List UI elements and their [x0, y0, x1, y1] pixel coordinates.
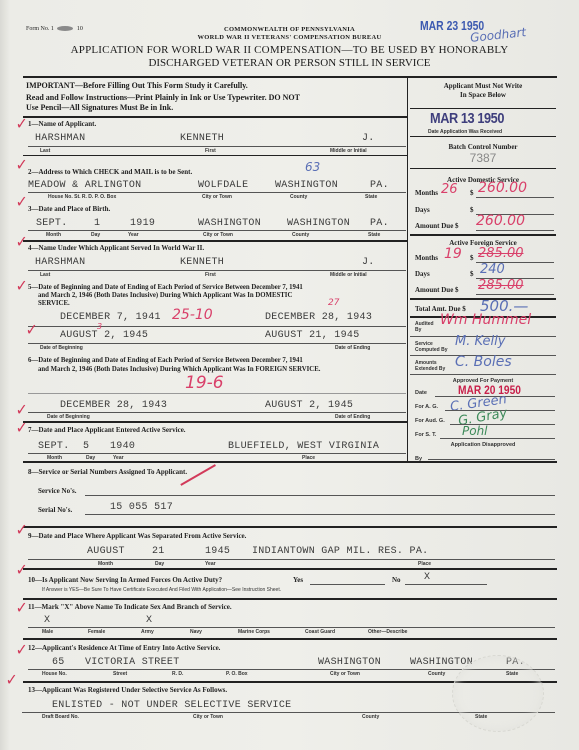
- q12-sub-county: County: [428, 671, 445, 677]
- title-line-2: DISCHARGED VETERAN OR PERSON STILL IN SE…: [0, 57, 579, 69]
- q7-day: 5: [83, 441, 89, 452]
- q9-label: 9—Date and Place Where Applicant Was Sep…: [28, 532, 246, 540]
- line: [28, 270, 406, 271]
- line: [28, 559, 555, 560]
- audited-label: Audited By: [415, 321, 435, 333]
- q1-middle-initial: J.: [362, 133, 375, 144]
- date-label: Date: [415, 390, 427, 396]
- q2-street: MEADOW & ARLINGTON: [28, 180, 141, 191]
- q3-sub-year: Year: [128, 232, 139, 238]
- line: [85, 495, 555, 496]
- q9-month: AUGUST: [87, 546, 125, 557]
- q13-sub-draft-board: Draft Board No.: [42, 714, 79, 720]
- q9-sub-day: Day: [155, 561, 164, 567]
- line: [28, 230, 406, 231]
- q5-label-line-1: 5—Date of Beginning and Date of Ending o…: [28, 284, 303, 291]
- computed-signature: M. Kelly: [455, 334, 505, 349]
- q11-male-mark: X: [44, 615, 50, 626]
- received-stamp: MAR 13 1950: [430, 110, 504, 127]
- disapproved-title: Application Disapproved: [408, 442, 558, 448]
- q2-county: WASHINGTON: [275, 180, 338, 191]
- q9-day: 21: [152, 546, 165, 557]
- rule: [23, 155, 407, 156]
- q10-label: 10—Is Applicant Now Serving In Armed For…: [28, 576, 222, 584]
- q1-first-name: KENNETH: [180, 133, 224, 144]
- q3-city: WASHINGTON: [198, 218, 261, 229]
- q5-sub-end: Date of Ending: [335, 345, 370, 351]
- q3-sub-month: Month: [46, 232, 61, 238]
- q2-label: 2—Address to Which CHECK and MAIL is to …: [28, 168, 192, 176]
- q8-serial-label: Serial No's.: [38, 506, 72, 514]
- line: [28, 627, 555, 628]
- q3-year: 1919: [130, 218, 155, 229]
- q2-annotation: 63: [305, 160, 320, 174]
- foreign-months-label: Months: [415, 254, 438, 262]
- q3-day: 1: [94, 218, 100, 229]
- q2-sub-county: County: [290, 194, 307, 200]
- checkmark-icon: ✓: [6, 670, 18, 689]
- checkmark-icon: ✓: [16, 598, 28, 617]
- title-line-1: APPLICATION FOR WORLD WAR II COMPENSATIO…: [0, 44, 579, 56]
- rule: [23, 240, 407, 242]
- instructions-line-3: Use Pencil—All Signatures Must Be in Ink…: [26, 103, 173, 112]
- checkmark-icon: ✓: [16, 520, 28, 539]
- line: [28, 343, 406, 344]
- q12-city: WASHINGTON: [318, 657, 381, 668]
- q13-label: 13—Applicant Was Registered Under Select…: [28, 686, 227, 694]
- foreign-months-amount: 285.00: [478, 246, 524, 261]
- line: [476, 197, 554, 198]
- line: [440, 438, 555, 439]
- q6-sub-begin: Date of Beginning: [47, 414, 90, 420]
- q6-begin: DECEMBER 28, 1943: [60, 400, 167, 411]
- q3-sub-city: City or Town: [203, 232, 233, 238]
- q4-sub-first: First: [205, 272, 216, 278]
- top-rule: [23, 76, 557, 78]
- q3-sub-state: State: [368, 232, 380, 238]
- q2-sub-state: State: [365, 194, 377, 200]
- q2-sub-street: House No. St. R. D. P. O. Box: [48, 194, 116, 200]
- foreign-months-value: 19: [444, 246, 462, 262]
- q10-yes-label: Yes: [293, 576, 303, 584]
- rule: [410, 234, 556, 236]
- q5-period-1-begin: DECEMBER 7, 1941: [60, 312, 161, 323]
- foreign-days-label: Days: [415, 270, 430, 278]
- q4-label: 4—Name Under Which Applicant Served In W…: [28, 244, 204, 252]
- st-label: For S. T.: [415, 432, 436, 438]
- domestic-days-label: Days: [415, 206, 430, 214]
- checkmark-icon: ✓: [26, 320, 38, 339]
- q8-label: 8—Service or Serial Numbers Assigned To …: [28, 468, 187, 476]
- q11-option-coast-guard: Coast Guard: [305, 629, 335, 635]
- q3-sub-day: Day: [91, 232, 100, 238]
- audg-label: For Aud. G.: [415, 418, 445, 424]
- q11-label: 11—Mark "X" Above Name To Indicate Sex A…: [28, 603, 232, 611]
- checkmark-icon: ✓: [16, 232, 28, 251]
- q12-sub-city: City or Town: [330, 671, 360, 677]
- q1-label: 1—Name of Applicant.: [28, 120, 96, 128]
- rule: [410, 168, 556, 169]
- office-header-line-2: In Space Below: [408, 91, 558, 99]
- q11-option-marine-corps: Marine Corps: [238, 629, 270, 635]
- q13-sub-county: County: [362, 714, 379, 720]
- q7-month: SEPT.: [38, 441, 70, 452]
- rule: [23, 461, 557, 463]
- rule: [23, 568, 557, 570]
- q2-city: WOLFDALE: [198, 180, 248, 191]
- q2-sub-city: City or Town: [202, 194, 232, 200]
- q9-place: INDIANTOWN GAP MIL. RES. PA.: [252, 546, 428, 557]
- q5-period-2-begin: AUGUST 2, 1945: [60, 330, 148, 341]
- q3-sub-county: County: [292, 232, 309, 238]
- q4-first-name: KENNETH: [180, 257, 224, 268]
- q3-state: PA.: [370, 218, 389, 229]
- q5-begin-correction: 3: [97, 322, 102, 331]
- q5-period-2-end: AUGUST 21, 1945: [265, 330, 360, 341]
- q10-no-label: No: [392, 576, 401, 584]
- checkmark-icon: ✓: [16, 192, 28, 211]
- audited-signature: Wm Hummel: [440, 312, 531, 328]
- instructions-line-1: IMPORTANT—Before Filling Out This Form S…: [26, 81, 248, 90]
- line: [476, 294, 554, 295]
- q10-no-value: X: [424, 572, 430, 583]
- q11-option-other: Other—Describe: [368, 629, 407, 635]
- q13-value: ENLISTED - NOT UNDER SELECTIVE SERVICE: [52, 700, 291, 711]
- q3-month: SEPT.: [36, 218, 68, 229]
- q7-label: 7—Date and Place Applicant Entered Activ…: [28, 426, 186, 434]
- q12-sub-street: Street: [113, 671, 127, 677]
- q5-period-1-end: DECEMBER 28, 1943: [265, 312, 372, 323]
- q6-annotation: 19-6: [185, 373, 224, 393]
- domestic-amount-label: Amount Due $: [415, 222, 459, 230]
- line: [28, 146, 406, 147]
- line: [310, 584, 385, 585]
- by-label: By: [415, 456, 422, 462]
- batch-label: Batch Control Number: [408, 143, 558, 151]
- q6-label-line-1: 6—Date of Beginning and Date of Ending o…: [28, 357, 303, 364]
- extended-label: Amounts Extended By: [415, 360, 455, 372]
- office-header-line-1: Applicant Must Not Write: [408, 82, 558, 90]
- q6-sub-end: Date of Ending: [335, 414, 370, 420]
- q7-year: 1940: [110, 441, 135, 452]
- checkmark-icon: ✓: [16, 640, 28, 659]
- q4-sub-middle: Middle or Initial: [330, 272, 367, 278]
- q12-sub-house: House No.: [42, 671, 67, 677]
- line: [28, 192, 406, 193]
- q9-year: 1945: [205, 546, 230, 557]
- rule: [23, 116, 407, 118]
- line: [410, 374, 556, 375]
- q11-option-navy: Navy: [190, 629, 202, 635]
- q4-last-name: HARSHMAN: [35, 257, 85, 268]
- st-signature: Pohl: [462, 424, 488, 438]
- q2-state: PA.: [370, 180, 389, 191]
- foreign-days-amount: 240: [480, 262, 505, 277]
- rule: [23, 598, 557, 600]
- q11-option-army: Army: [141, 629, 154, 635]
- line: [28, 412, 406, 413]
- foreign-amount-value: 285.00: [478, 278, 524, 293]
- line: [476, 230, 554, 231]
- q1-sub-first: First: [205, 148, 216, 154]
- checkmark-icon: ✓: [16, 400, 28, 419]
- domestic-months-amount: 260.00: [478, 180, 527, 196]
- column-divider: [407, 76, 408, 461]
- foreign-amount-label: Amount Due $: [415, 286, 459, 294]
- q3-county: WASHINGTON: [287, 218, 350, 229]
- q9-sub-year: Year: [205, 561, 216, 567]
- rule: [23, 421, 407, 423]
- q8-serial-value: 15 055 517: [110, 502, 173, 513]
- received-label: Date Application Was Received: [428, 129, 502, 135]
- rule: [410, 136, 556, 137]
- q5-label-line-2: and March 2, 1946 (Both Dates Inclusive)…: [38, 292, 292, 299]
- line: [405, 584, 487, 585]
- rule: [23, 526, 557, 528]
- q1-sub-last: Last: [40, 148, 50, 154]
- q12-sub-rd: R. D.: [172, 671, 183, 677]
- checkmark-icon: ✓: [16, 276, 28, 295]
- rule: [23, 638, 557, 640]
- instructions-line-2: Read and Follow Instructions—Print Plain…: [26, 93, 300, 102]
- q1-sub-middle: Middle or Initial: [330, 148, 367, 154]
- extended-signature: C. Boles: [455, 354, 512, 370]
- domestic-months-value: 26: [441, 182, 458, 197]
- q6-end: AUGUST 2, 1945: [265, 400, 353, 411]
- rule: [410, 108, 556, 109]
- q4-sub-last: Last: [40, 272, 50, 278]
- checkmark-icon: ✓: [16, 418, 28, 437]
- q5-sub-begin: Date of Beginning: [40, 345, 83, 351]
- q4-middle-initial: J.: [362, 257, 375, 268]
- q10-note: If Answer is YES—Be Sure To Have Certifi…: [42, 587, 281, 593]
- q1-last-name: HARSHMAN: [35, 133, 85, 144]
- q12-street: VICTORIA STREET: [85, 657, 180, 668]
- checkmark-icon: ✓: [16, 560, 28, 579]
- q9-sub-place: Place: [418, 561, 431, 567]
- domestic-amount-value: 260.00: [476, 213, 525, 229]
- q3-label: 3—Date and Place of Birth.: [28, 205, 110, 213]
- checkmark-icon: ✓: [16, 114, 28, 133]
- q12-label: 12—Applicant's Residence At Time of Entr…: [28, 644, 220, 652]
- line: [85, 514, 555, 515]
- q11-option-female: Female: [88, 629, 105, 635]
- compensation-application-form: Form No. 1 10 COMMONWEALTH OF PENNSYLVAN…: [0, 0, 579, 750]
- q11-option-male: Male: [42, 629, 53, 635]
- line: [428, 459, 555, 460]
- q12-house: 65: [52, 657, 65, 668]
- domestic-months-label: Months: [415, 189, 438, 197]
- q6-label-line-2: and March 2, 1946 (Both Dates Inclusive)…: [38, 366, 320, 373]
- q5-end-correction: 27: [328, 298, 339, 308]
- q9-sub-month: Month: [98, 561, 113, 567]
- q11-army-mark: X: [146, 615, 152, 626]
- line: [28, 393, 406, 394]
- q7-place: BLUEFIELD, WEST VIRGINIA: [228, 441, 379, 452]
- line: [28, 326, 406, 327]
- line: [28, 453, 406, 454]
- q8-service-label: Service No's.: [38, 487, 77, 495]
- q13-sub-city: City or Town: [193, 714, 223, 720]
- embossed-seal: [452, 655, 544, 732]
- q5-annotation: 25-10: [172, 307, 213, 323]
- checkmark-icon: ✓: [16, 155, 28, 174]
- q5-label-line-3: SERVICE.: [38, 300, 70, 307]
- batch-value: 7387: [408, 151, 558, 165]
- computed-label: Service Computed By: [415, 341, 455, 353]
- ag-label: For A. G.: [415, 404, 438, 410]
- q12-sub-po-box: P. O. Box: [226, 671, 248, 677]
